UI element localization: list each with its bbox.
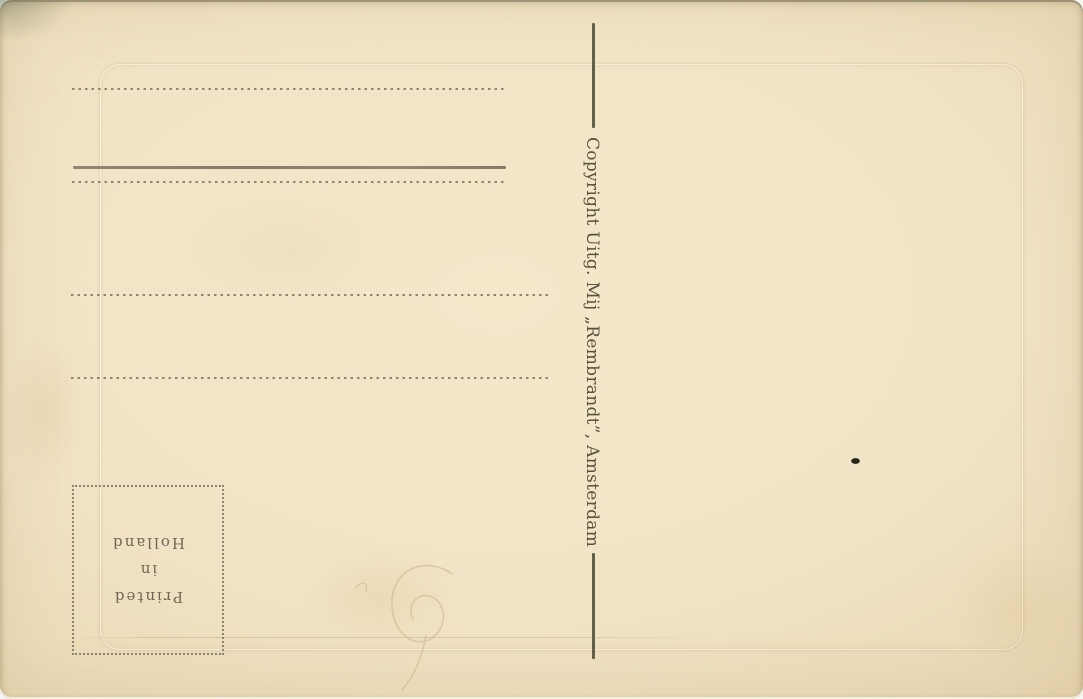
pencil-squiggle bbox=[352, 552, 482, 697]
stamp-box: Printed in Holland bbox=[72, 485, 224, 655]
address-dotted-line-4 bbox=[71, 376, 549, 379]
stamp-line-in: in bbox=[139, 561, 157, 579]
postcard-back: Printed in Holland Copyright Uitg. Mij „… bbox=[0, 0, 1083, 699]
stamp-line-holland: Holland bbox=[111, 534, 185, 552]
stamp-line-printed: Printed bbox=[113, 588, 183, 606]
solid-rule-line bbox=[73, 166, 506, 169]
center-divider-top-segment bbox=[592, 23, 595, 128]
embossed-frame bbox=[100, 64, 1023, 650]
paper-stain bbox=[180, 190, 400, 310]
paper-stain bbox=[0, 330, 90, 490]
paper-stain bbox=[950, 540, 1083, 680]
address-dotted-line-2 bbox=[72, 180, 506, 183]
crease-line bbox=[68, 637, 718, 638]
ink-dot bbox=[851, 458, 860, 464]
corner-smudge bbox=[0, 0, 76, 44]
address-dotted-line-1 bbox=[72, 87, 505, 90]
center-divider-bottom-segment bbox=[592, 553, 595, 659]
address-dotted-line-3 bbox=[71, 293, 549, 296]
stamp-box-text: Printed in Holland bbox=[74, 487, 222, 653]
copyright-text: Copyright Uitg. Mij „Rembrandt”, Amsterd… bbox=[582, 137, 602, 543]
